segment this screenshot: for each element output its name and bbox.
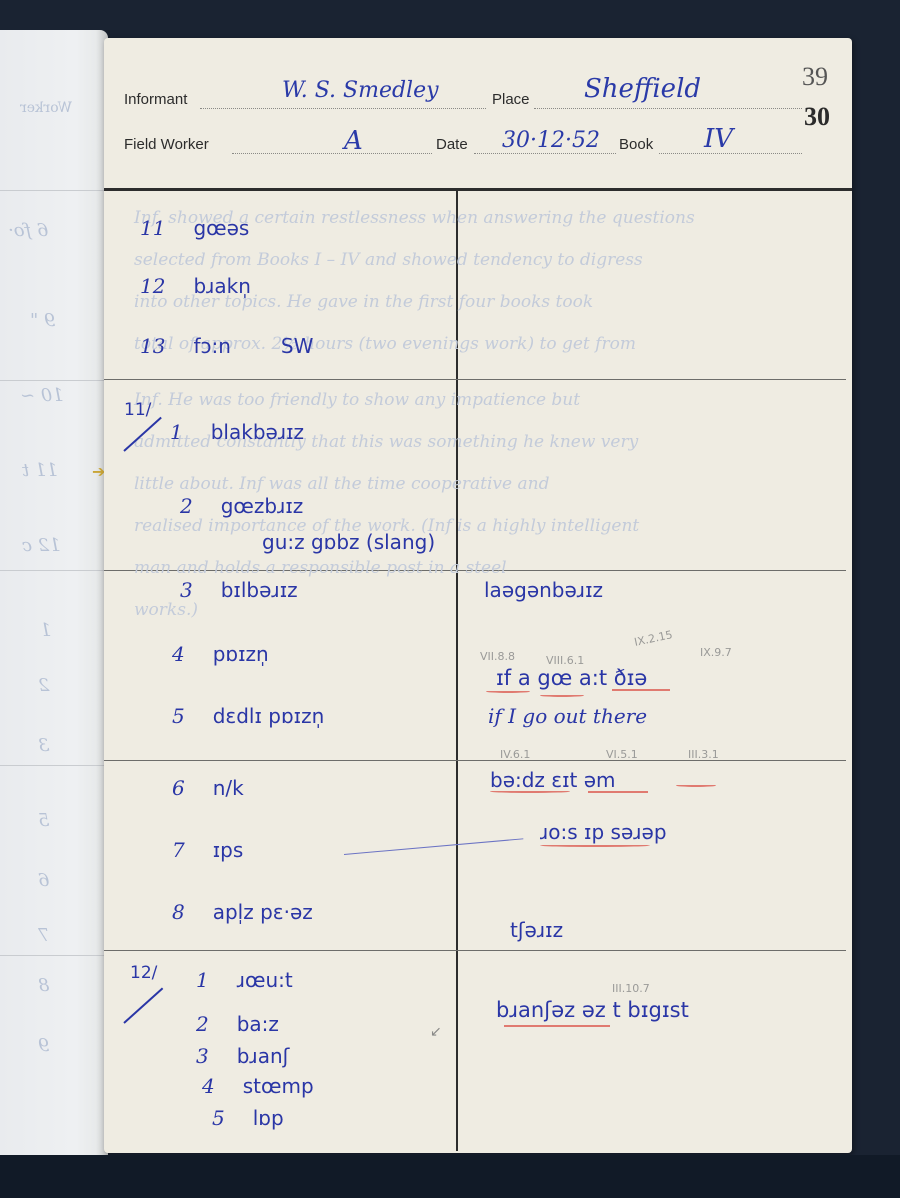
- header-rule: [104, 188, 852, 191]
- entry-item: 7ɪps: [172, 838, 243, 862]
- response-line: laəgənbəɹɪz: [484, 578, 603, 602]
- entry-item: 13fɔ:nSW: [140, 334, 313, 358]
- informant-label: Informant: [124, 91, 187, 108]
- informant-value: W. S. Smedley: [282, 78, 439, 103]
- response-line: ɪf a gœ a:t ðɪə: [496, 666, 647, 690]
- background-bottom: [0, 1155, 900, 1198]
- question-marker: 12/: [130, 963, 157, 983]
- row-rule: [104, 379, 846, 380]
- translation-line: if I go out there: [488, 704, 647, 728]
- date-label: Date: [436, 136, 468, 153]
- entry-item: 5lɒp: [212, 1106, 284, 1130]
- entry-item: 4stœmp: [202, 1074, 314, 1098]
- entry-item: 11gœəs: [140, 216, 249, 240]
- page-number-pencil: 39: [802, 62, 828, 92]
- entry-item: 2ba:z: [196, 1012, 279, 1036]
- place-label: Place: [492, 91, 530, 108]
- entry-item: 12bɹakn̩: [140, 274, 251, 298]
- page-number-stamped: 30: [804, 102, 830, 132]
- entry-item: 3bɹanʃ: [196, 1044, 289, 1068]
- page-header: Informant W. S. Smedley Place Sheffield …: [104, 38, 852, 190]
- row-rule: [104, 950, 846, 951]
- response-line: bɹanʃəz əz t bɪgɪst: [496, 998, 689, 1022]
- entry-item: 1blakbəɹɪz: [170, 420, 304, 444]
- underlying-left-page: Worker 6 fo· 9 " 10 ~ 11 t 12 c 1 2 3 5 …: [0, 30, 108, 1155]
- entry-item: 1ɹœu:t: [196, 968, 293, 992]
- entry-item: 6n/k: [172, 776, 244, 800]
- place-value: Sheffield: [584, 74, 701, 104]
- entry-item: 5dɛdlɪ pɒɪzn̩: [172, 704, 324, 728]
- field-worker-value: A: [344, 126, 363, 156]
- response-line: tʃəɹɪz: [510, 918, 563, 942]
- entry-item: 3bɪlbəɹɪz: [180, 578, 298, 602]
- response-line: ɹo:s ɪp səɹəp: [540, 820, 667, 844]
- pencil-arrow: ↙: [430, 1024, 442, 1040]
- response-line: bə:dz ɛɪt əm: [490, 768, 616, 792]
- entry-alt: gu:z gɒbz (slang): [262, 530, 435, 554]
- book-label: Book: [619, 136, 653, 153]
- entry-item: 2gœzbɹɪz: [180, 494, 303, 518]
- field-worker-label: Field Worker: [124, 136, 209, 153]
- notebook-page: Informant W. S. Smedley Place Sheffield …: [104, 38, 852, 1153]
- question-marker: 11/: [124, 400, 151, 420]
- entry-item: 4pɒɪzn̩: [172, 642, 269, 666]
- entry-item: 8apl̩z pɛ·əz: [172, 900, 313, 924]
- book-value: IV: [704, 124, 733, 154]
- date-value: 30·12·52: [502, 128, 600, 153]
- row-rule: [104, 760, 846, 761]
